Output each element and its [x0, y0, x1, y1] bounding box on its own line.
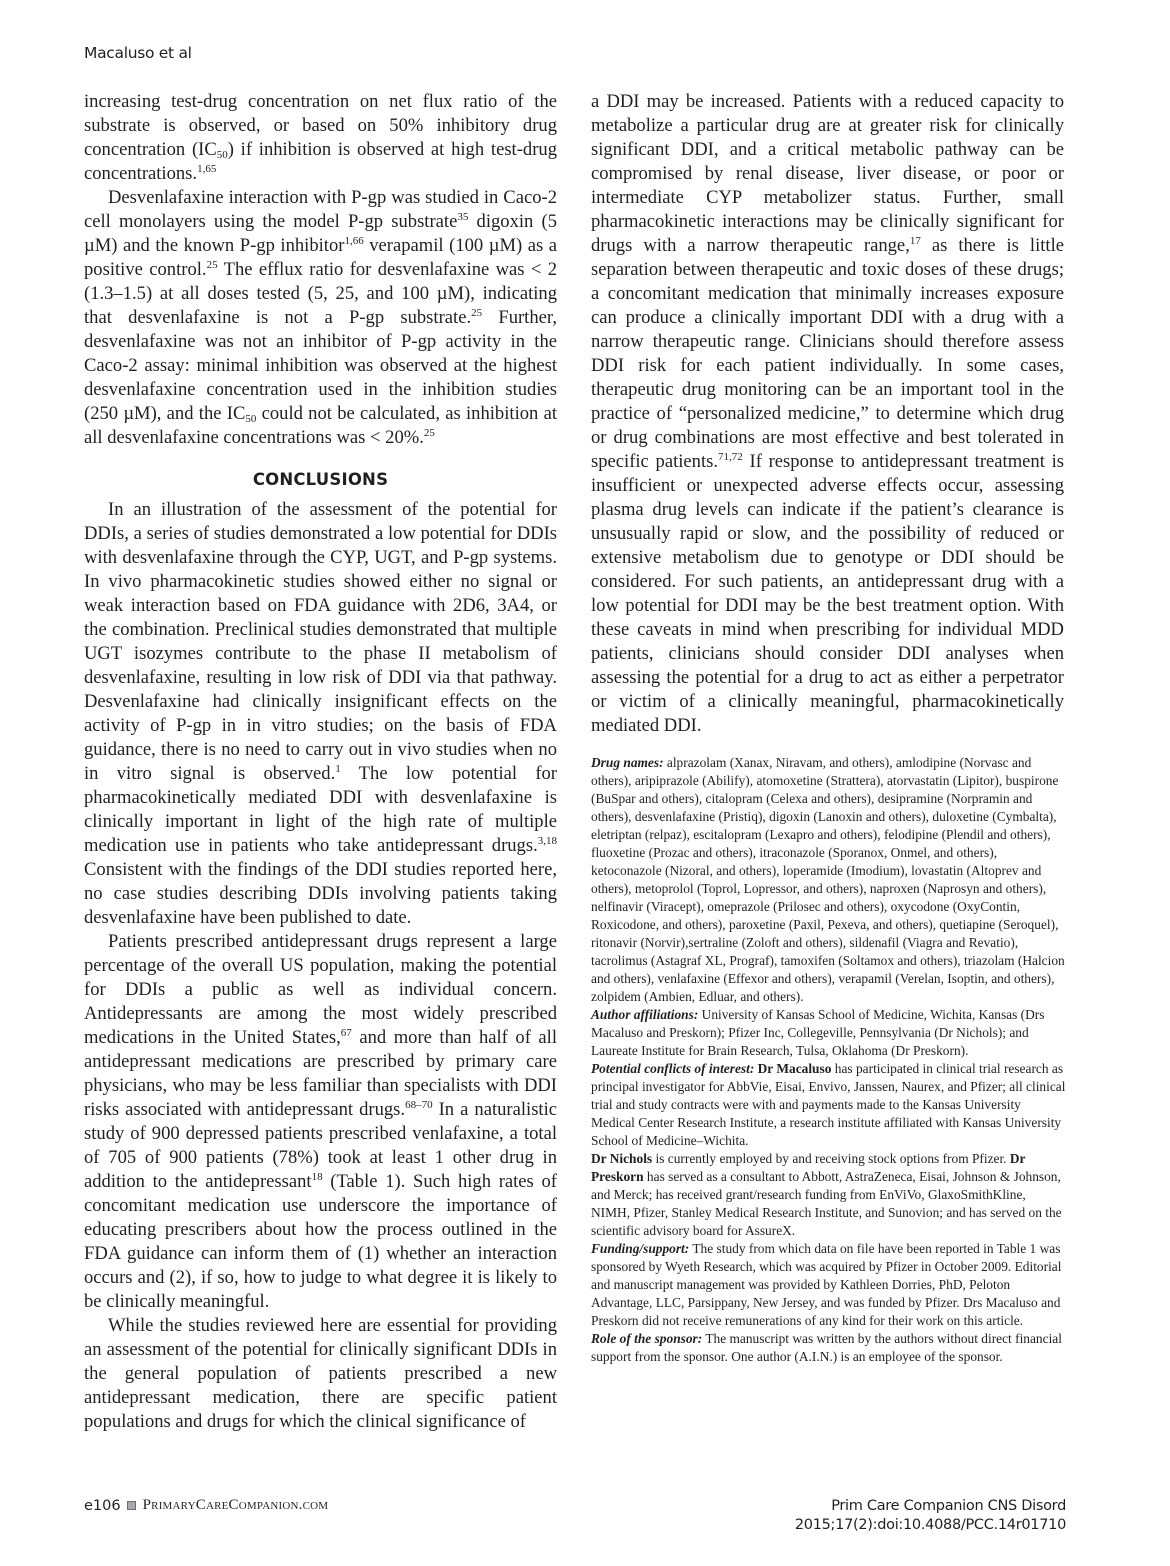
citation: 71,72 [718, 451, 743, 463]
note-conflicts-of-interest: Potential conflicts of interest: Dr Maca… [591, 1060, 1067, 1240]
note-funding-support: Funding/support: The study from which da… [591, 1240, 1067, 1330]
note-author-affiliations: Author affiliations: University of Kansa… [591, 1006, 1067, 1060]
paragraph: In an illustration of the assessment of … [84, 498, 557, 930]
text: In an illustration of the assessment of … [84, 499, 557, 784]
text: (Table 1). Such high rates of concomitan… [84, 1171, 557, 1312]
note-label: Drug names: [591, 755, 664, 770]
text: If response to antidepressant treatment … [591, 451, 1064, 736]
subscript: 50 [245, 413, 256, 425]
text: While the studies reviewed here are esse… [84, 1315, 557, 1432]
note-drug-names: Drug names: alprazolam (Xanax, Niravam, … [591, 754, 1067, 1006]
footer-left: e106 PrimaryCareCompanion.com [84, 1497, 328, 1514]
note-text: is currently employed by and receiving s… [652, 1151, 1010, 1166]
citation: 25 [207, 259, 218, 271]
note-label: Role of the sponsor: [591, 1331, 702, 1346]
citation: 1,66 [344, 235, 363, 247]
note-role-of-sponsor: Role of the sponsor: The manuscript was … [591, 1330, 1067, 1366]
right-column: a DDI may be increased. Patients with a … [591, 90, 1064, 738]
citation: 18 [312, 1171, 323, 1183]
paragraph: increasing test-drug concentration on ne… [84, 90, 557, 186]
text: as there is little separation between th… [591, 235, 1064, 472]
subscript: 50 [217, 149, 228, 161]
citation: 67 [341, 1027, 352, 1039]
note-text: has served as a consultant to Abbott, As… [591, 1169, 1062, 1238]
running-head: Macaluso et al [84, 44, 192, 62]
journal-name: Prim Care Companion CNS Disord [795, 1497, 1066, 1516]
article-notes: Drug names: alprazolam (Xanax, Niravam, … [591, 754, 1067, 1366]
citation: 3,18 [538, 835, 557, 847]
paragraph: a DDI may be increased. Patients with a … [591, 90, 1064, 738]
citation: 17 [910, 235, 921, 247]
note-text: alprazolam (Xanax, Niravam, and others),… [591, 755, 1065, 1004]
author-name: Dr Macaluso [758, 1061, 832, 1076]
footer-citation: Prim Care Companion CNS Disord 2015;17(2… [795, 1497, 1066, 1535]
note-label: Author affiliations: [591, 1007, 698, 1022]
journal-doi: 2015;17(2):doi:10.4088/PCC.14r01710 [795, 1516, 1066, 1535]
citation: 68–70 [405, 1099, 433, 1111]
section-heading-conclusions: CONCLUSIONS [84, 468, 557, 492]
page-number: e106 [84, 1498, 121, 1514]
citation: 35 [457, 211, 468, 223]
square-bullet-icon [127, 1501, 136, 1510]
citation: 1,65 [197, 163, 216, 175]
author-name: Dr Nichols [591, 1151, 652, 1166]
text: Consistent with the findings of the DDI … [84, 859, 557, 928]
text: a DDI may be increased. Patients with a … [591, 91, 1064, 256]
citation: 25 [471, 307, 482, 319]
left-column: increasing test-drug concentration on ne… [84, 90, 557, 1434]
paragraph: Patients prescribed antidepressant drugs… [84, 930, 557, 1314]
note-label: Funding/support: [591, 1241, 689, 1256]
paragraph: Desvenlafaxine interaction with P-gp was… [84, 186, 557, 450]
note-label: Potential conflicts of interest: [591, 1061, 754, 1076]
citation: 25 [424, 427, 435, 439]
paragraph: While the studies reviewed here are esse… [84, 1314, 557, 1434]
journal-website: PrimaryCareCompanion.com [143, 1497, 329, 1514]
